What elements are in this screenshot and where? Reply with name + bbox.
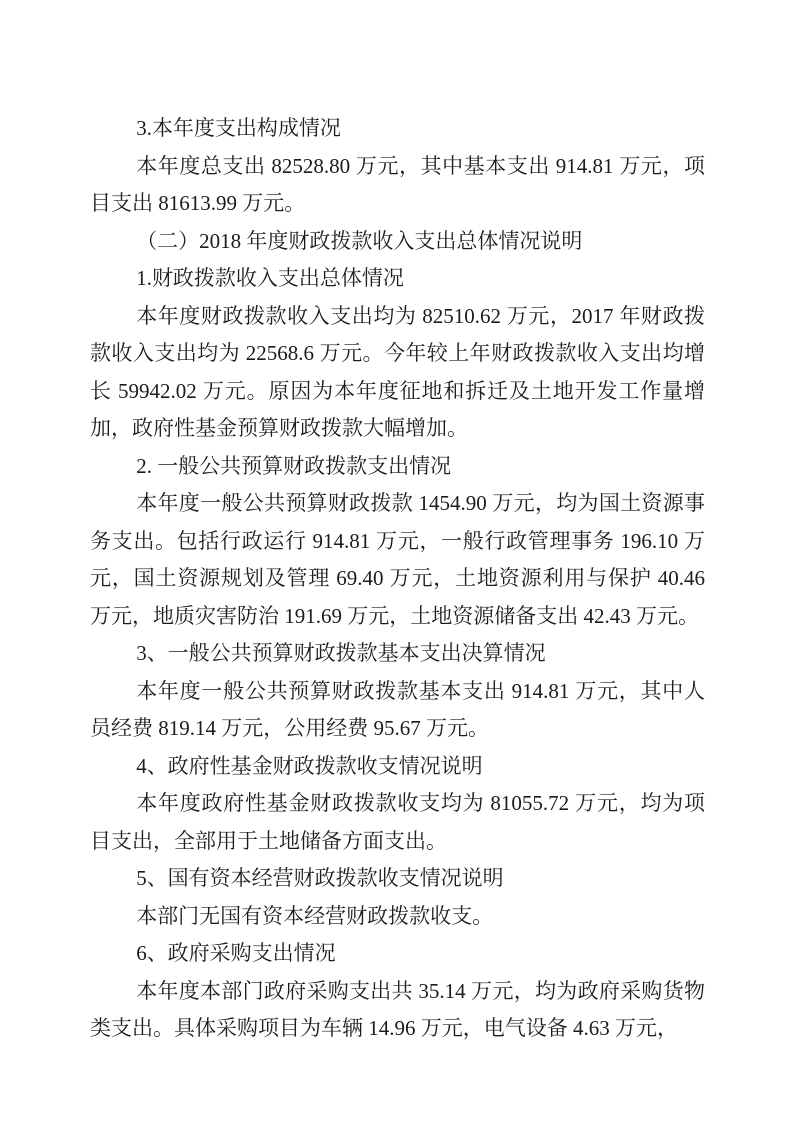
heading-government-fund-appropriation: 4、政府性基金财政拨款收支情况说明 — [90, 748, 705, 786]
heading-fiscal-appropriation-overview: 1.财政拨款收入支出总体情况 — [90, 260, 705, 298]
para-government-fund-appropriation: 本年度政府性基金财政拨款收支均为 81055.72 万元，均为项目支出，全部用于… — [90, 785, 705, 860]
heading-general-public-budget-expenditure: 2. 一般公共预算财政拨款支出情况 — [90, 448, 705, 486]
para-total-expenditure: 本年度总支出 82528.80 万元，其中基本支出 914.81 万元，项目支出… — [90, 148, 705, 223]
heading-section-2-fiscal-appropriation: （二）2018 年度财政拨款收入支出总体情况说明 — [90, 223, 705, 261]
para-fiscal-appropriation-overview: 本年度财政拨款收入支出均为 82510.62 万元，2017 年财政拨款收入支出… — [90, 298, 705, 448]
heading-basic-expenditure-final-accounts: 3、一般公共预算财政拨款基本支出决算情况 — [90, 635, 705, 673]
para-government-procurement: 本年度本部门政府采购支出共 35.14 万元，均为政府采购货物类支出。具体采购项… — [90, 973, 705, 1048]
heading-government-procurement: 6、政府采购支出情况 — [90, 935, 705, 973]
heading-expenditure-composition: 3.本年度支出构成情况 — [90, 110, 705, 148]
document-page: 3.本年度支出构成情况 本年度总支出 82528.80 万元，其中基本支出 91… — [0, 0, 793, 1122]
heading-state-capital-appropriation: 5、国有资本经营财政拨款收支情况说明 — [90, 860, 705, 898]
para-state-capital-appropriation: 本部门无国有资本经营财政拨款收支。 — [90, 898, 705, 936]
para-general-public-budget-expenditure: 本年度一般公共预算财政拨款 1454.90 万元，均为国土资源事务支出。包括行政… — [90, 485, 705, 635]
para-basic-expenditure-final-accounts: 本年度一般公共预算财政拨款基本支出 914.81 万元，其中人员经费 819.1… — [90, 673, 705, 748]
